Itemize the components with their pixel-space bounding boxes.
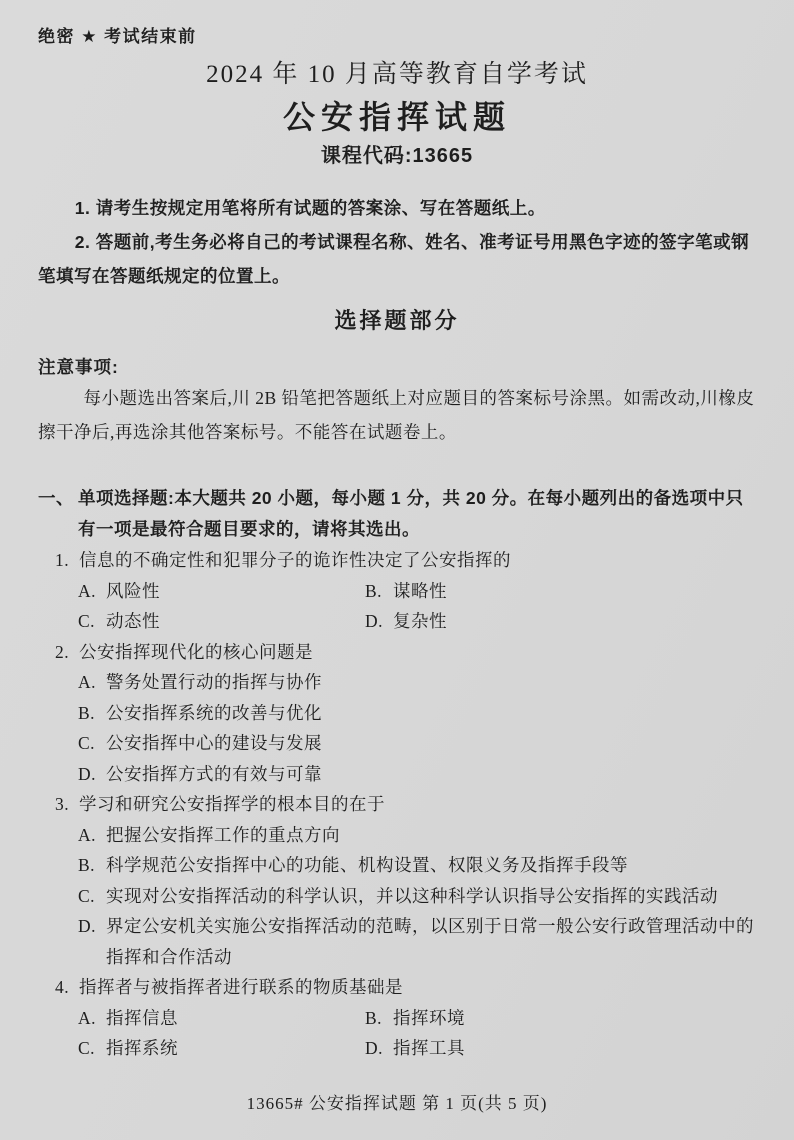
option-3-c: C. 实现对公安指挥活动的科学认识，并以这种科学认识指导公安指挥的实践活动 bbox=[78, 881, 756, 912]
question-4: 4. 指挥者与被指挥者进行联系的物质基础是 A. 指挥信息 B. 指挥环境 C.… bbox=[38, 972, 756, 1064]
course-code: 课程代码:13665 bbox=[38, 143, 756, 169]
option-text: 指挥系统 bbox=[106, 1033, 365, 1064]
question-2: 2. 公安指挥现代化的核心问题是 A. 警务处置行动的指挥与协作 B. 公安指挥… bbox=[38, 637, 756, 790]
instruction-item-1: 1. 请考生按规定用笔将所有试题的答案涂、写在答题纸上。 bbox=[38, 191, 756, 225]
option-text: 风险性 bbox=[106, 576, 365, 607]
option-label: A. bbox=[78, 667, 106, 698]
question-2-stem-row: 2. 公安指挥现代化的核心问题是 bbox=[38, 637, 756, 668]
option-text: 指挥环境 bbox=[393, 1003, 756, 1034]
question-3: 3. 学习和研究公安指挥学的根本目的在于 A. 把握公安指挥工作的重点方向 B.… bbox=[38, 789, 756, 972]
part-one-heading-text: 单项选择题:本大题共 20 小题，每小题 1 分，共 20 分。在每小题列出的备… bbox=[78, 483, 756, 545]
instruction-item-2: 2. 答题前,考生务必将自己的考试课程名称、姓名、准考证号用黑色字迹的签字笔或钢… bbox=[38, 225, 756, 293]
question-number: 2. bbox=[55, 637, 79, 668]
option-label: D. bbox=[78, 759, 106, 790]
option-text: 公安指挥方式的有效与可靠 bbox=[106, 759, 756, 790]
question-number: 3. bbox=[55, 789, 79, 820]
option-2-d: D. 公安指挥方式的有效与可靠 bbox=[78, 759, 756, 790]
option-4-c: C. 指挥系统 bbox=[78, 1033, 365, 1064]
question-1: 1. 信息的不确定性和犯罪分子的诡诈性决定了公安指挥的 A. 风险性 B. 谋略… bbox=[38, 545, 756, 637]
option-4-a: A. 指挥信息 bbox=[78, 1003, 365, 1034]
option-label: C. bbox=[78, 728, 106, 759]
question-1-options: A. 风险性 B. 谋略性 C. 动态性 D. 复杂性 bbox=[38, 576, 756, 637]
option-label: B. bbox=[78, 850, 106, 881]
classification-banner: 绝密 ★ 考试结束前 bbox=[38, 22, 756, 47]
question-4-options: A. 指挥信息 B. 指挥环境 C. 指挥系统 D. 指挥工具 bbox=[38, 1003, 756, 1064]
notes-body: 每小题选出答案后,川 2B 铅笔把答题纸上对应题目的答案标号涂黑。如需改动,川橡… bbox=[38, 381, 756, 449]
paper-title: 公安指挥试题 bbox=[38, 97, 756, 137]
option-label: D. bbox=[365, 1033, 393, 1064]
question-stem: 信息的不确定性和犯罪分子的诡诈性决定了公安指挥的 bbox=[79, 545, 756, 576]
option-4-d: D. 指挥工具 bbox=[365, 1033, 756, 1064]
option-text: 把握公安指挥工作的重点方向 bbox=[106, 820, 756, 851]
option-text: 谋略性 bbox=[393, 576, 756, 607]
option-text: 公安指挥中心的建设与发展 bbox=[106, 728, 756, 759]
option-2-b: B. 公安指挥系统的改善与优化 bbox=[78, 698, 756, 729]
part-one-heading: 一、 单项选择题:本大题共 20 小题，每小题 1 分，共 20 分。在每小题列… bbox=[38, 483, 756, 545]
section-title: 选择题部分 bbox=[38, 307, 756, 335]
option-3-d: D. 界定公安机关实施公安指挥活动的范畴，以区别于日常一般公安行政管理活动中的指… bbox=[78, 911, 756, 972]
option-label: A. bbox=[78, 820, 106, 851]
option-label: C. bbox=[78, 1033, 106, 1064]
question-1-stem-row: 1. 信息的不确定性和犯罪分子的诡诈性决定了公安指挥的 bbox=[38, 545, 756, 576]
option-text: 复杂性 bbox=[393, 606, 756, 637]
question-stem: 指挥者与被指挥者进行联系的物质基础是 bbox=[79, 972, 756, 1003]
question-2-options: A. 警务处置行动的指挥与协作 B. 公安指挥系统的改善与优化 C. 公安指挥中… bbox=[38, 667, 756, 789]
option-text: 科学规范公安指挥中心的功能、机构设置、权限义务及指挥手段等 bbox=[106, 850, 756, 881]
option-label: B. bbox=[365, 576, 393, 607]
option-label: C. bbox=[78, 606, 106, 637]
option-2-c: C. 公安指挥中心的建设与发展 bbox=[78, 728, 756, 759]
question-stem: 公安指挥现代化的核心问题是 bbox=[79, 637, 756, 668]
question-3-options: A. 把握公安指挥工作的重点方向 B. 科学规范公安指挥中心的功能、机构设置、权… bbox=[38, 820, 756, 973]
option-label: A. bbox=[78, 576, 106, 607]
exam-paper-page: 绝密 ★ 考试结束前 2024 年 10 月高等教育自学考试 公安指挥试题 课程… bbox=[0, 0, 794, 1140]
option-1-c: C. 动态性 bbox=[78, 606, 365, 637]
option-label: C. bbox=[78, 881, 106, 912]
option-3-a: A. 把握公安指挥工作的重点方向 bbox=[78, 820, 756, 851]
option-text: 警务处置行动的指挥与协作 bbox=[106, 667, 756, 698]
option-text: 界定公安机关实施公安指挥活动的范畴，以区别于日常一般公安行政管理活动中的指挥和合… bbox=[106, 911, 756, 972]
option-label: B. bbox=[365, 1003, 393, 1034]
option-2-a: A. 警务处置行动的指挥与协作 bbox=[78, 667, 756, 698]
page-footer: 13665# 公安指挥试题 第 1 页(共 5 页) bbox=[0, 1089, 794, 1114]
option-3-b: B. 科学规范公安指挥中心的功能、机构设置、权限义务及指挥手段等 bbox=[78, 850, 756, 881]
option-text: 公安指挥系统的改善与优化 bbox=[106, 698, 756, 729]
option-text: 实现对公安指挥活动的科学认识，并以这种科学认识指导公安指挥的实践活动 bbox=[106, 881, 756, 912]
option-1-b: B. 谋略性 bbox=[365, 576, 756, 607]
option-4-b: B. 指挥环境 bbox=[365, 1003, 756, 1034]
option-text: 指挥信息 bbox=[106, 1003, 365, 1034]
part-one-number: 一、 bbox=[38, 483, 78, 545]
option-label: D. bbox=[78, 911, 106, 972]
question-3-stem-row: 3. 学习和研究公安指挥学的根本目的在于 bbox=[38, 789, 756, 820]
question-4-stem-row: 4. 指挥者与被指挥者进行联系的物质基础是 bbox=[38, 972, 756, 1003]
option-text: 动态性 bbox=[106, 606, 365, 637]
notes-label: 注意事项: bbox=[38, 355, 756, 379]
option-text: 指挥工具 bbox=[393, 1033, 756, 1064]
question-number: 4. bbox=[55, 972, 79, 1003]
question-number: 1. bbox=[55, 545, 79, 576]
exam-title: 2024 年 10 月高等教育自学考试 bbox=[38, 59, 756, 91]
option-label: A. bbox=[78, 1003, 106, 1034]
option-label: B. bbox=[78, 698, 106, 729]
option-1-a: A. 风险性 bbox=[78, 576, 365, 607]
question-stem: 学习和研究公安指挥学的根本目的在于 bbox=[79, 789, 756, 820]
option-label: D. bbox=[365, 606, 393, 637]
option-1-d: D. 复杂性 bbox=[365, 606, 756, 637]
